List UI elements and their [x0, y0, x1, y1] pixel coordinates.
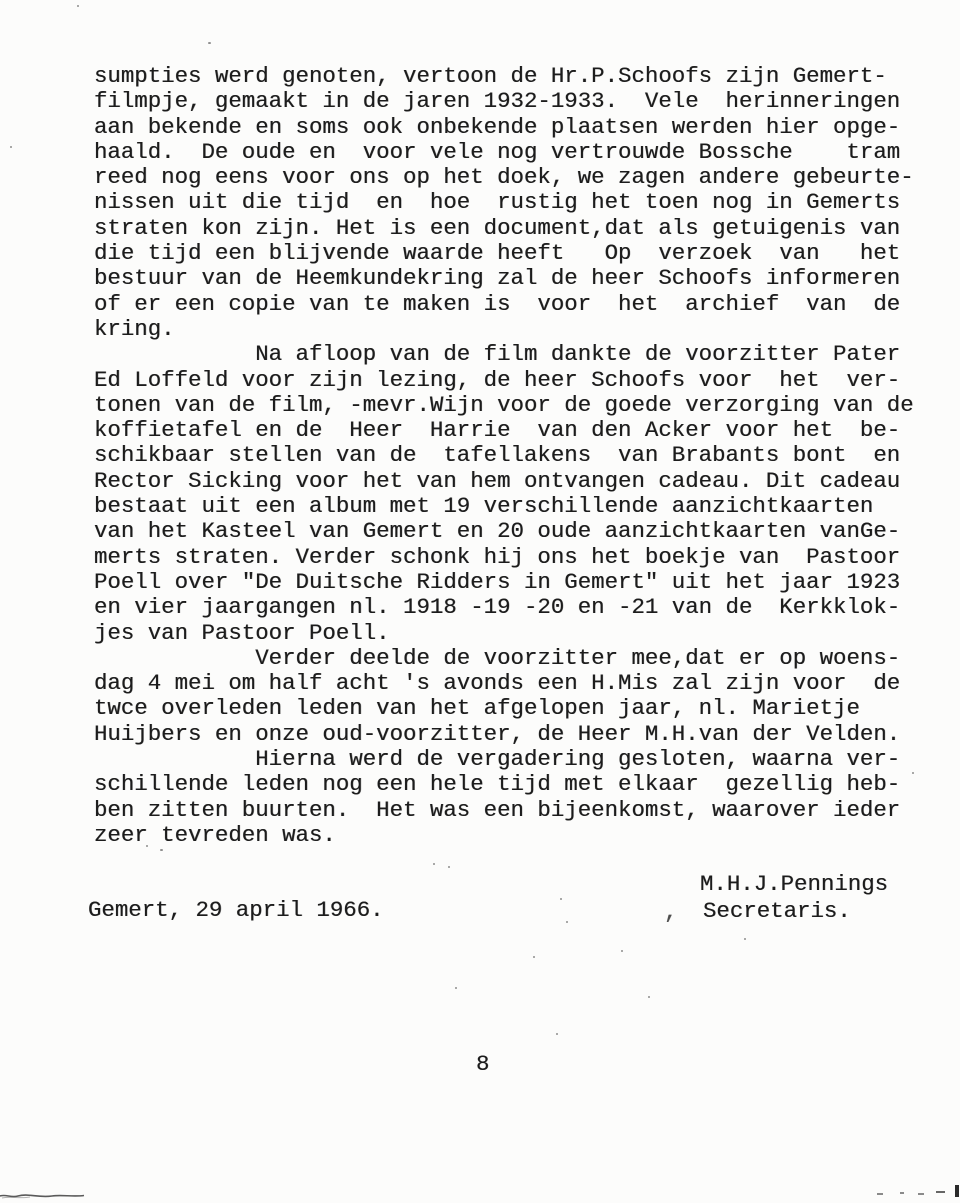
text-line: sumpties werd genoten, vertoon de Hr.P.S…	[94, 64, 914, 89]
text-line: zeer tevreden was.	[94, 823, 914, 848]
text-line: merts straten. Verder schonk hij ons het…	[94, 545, 914, 570]
scan-speckle	[533, 956, 535, 958]
scan-speckle	[566, 921, 568, 923]
text-line: en vier jaargangen nl. 1918 -19 -20 en -…	[94, 595, 914, 620]
page-number: 8	[476, 1051, 489, 1077]
scan-artifact-mark	[900, 1192, 904, 1194]
text-line: straten kon zijn. Het is een document,da…	[94, 216, 914, 241]
text-line: Rector Sicking voor het van hem ontvange…	[94, 469, 914, 494]
place-date-line: Gemert, 29 april 1966.	[88, 897, 384, 923]
text-line: schillende leden nog een hele tijd met e…	[94, 772, 914, 797]
text-line: schikbaar stellen van de tafellakens van…	[94, 443, 914, 468]
scan-speckle	[621, 950, 623, 952]
body-text: sumpties werd genoten, vertoon de Hr.P.S…	[94, 64, 914, 848]
text-line: bestaat uit een album met 19 verschillen…	[94, 494, 914, 519]
text-line: Verder deelde de voorzitter mee,dat er o…	[94, 646, 914, 671]
signature-role: Secretaris.	[703, 898, 851, 924]
text-line: haald. De oude en voor vele nog vertrouw…	[94, 140, 914, 165]
scan-speckle	[744, 938, 746, 940]
scan-artifact-mark	[877, 1193, 883, 1195]
text-line: Hierna werd de vergadering gesloten, waa…	[94, 747, 914, 772]
text-line: jes van Pastoor Poell.	[94, 621, 914, 646]
text-line: filmpje, gemaakt in de jaren 1932-1933. …	[94, 89, 914, 114]
text-line: aan bekende en soms ook onbekende plaats…	[94, 115, 914, 140]
scan-artifact-mark	[918, 1193, 924, 1195]
scan-speckle	[146, 845, 148, 847]
text-line: ben zitten buurten. Het was een bijeenko…	[94, 798, 914, 823]
text-line: of er een copie van te maken is voor het…	[94, 292, 914, 317]
text-line: kring.	[94, 317, 914, 342]
text-line: Ed Loffeld voor zijn lezing, de heer Sch…	[94, 368, 914, 393]
text-line: bestuur van de Heemkundekring zal de hee…	[94, 266, 914, 291]
scan-speckle	[448, 866, 450, 868]
scan-artifact-line	[0, 1190, 90, 1202]
text-line: Huijbers en onze oud-voorzitter, de Heer…	[94, 722, 914, 747]
scan-artifact-mark	[936, 1191, 945, 1193]
scan-speckle	[10, 146, 12, 148]
scan-speckle	[208, 42, 211, 44]
scan-speckle	[560, 898, 562, 900]
document-page: sumpties werd genoten, vertoon de Hr.P.S…	[0, 0, 960, 1203]
text-line: nissen uit die tijd en hoe rustig het to…	[94, 190, 914, 215]
scan-speckle	[556, 1033, 558, 1035]
scan-speckle	[433, 863, 435, 865]
text-line: Na afloop van de film dankte de voorzitt…	[94, 342, 914, 367]
text-line: van het Kasteel van Gemert en 20 oude aa…	[94, 519, 914, 544]
text-line: twce overleden leden van het afgelopen j…	[94, 696, 914, 721]
text-line: koffietafel en de Heer Harrie van den Ac…	[94, 418, 914, 443]
scan-speckle	[455, 987, 457, 989]
scan-speckle	[912, 772, 914, 774]
scan-speckle	[160, 849, 163, 851]
text-line: die tijd een blijvende waarde heeft Op v…	[94, 241, 914, 266]
scan-artifact-tick	[955, 1185, 959, 1197]
text-line: tonen van de film, -mevr.Wijn voor de go…	[94, 393, 914, 418]
text-line: dag 4 mei om half acht 's avonds een H.M…	[94, 671, 914, 696]
signature-stray-comma: ,	[664, 899, 677, 925]
text-line: reed nog eens voor ons op het doek, we z…	[94, 165, 914, 190]
scan-speckle	[648, 996, 650, 998]
text-line: Poell over "De Duitsche Ridders in Gemer…	[94, 570, 914, 595]
scan-speckle	[77, 5, 79, 7]
signature-name: M.H.J.Pennings	[700, 871, 888, 897]
